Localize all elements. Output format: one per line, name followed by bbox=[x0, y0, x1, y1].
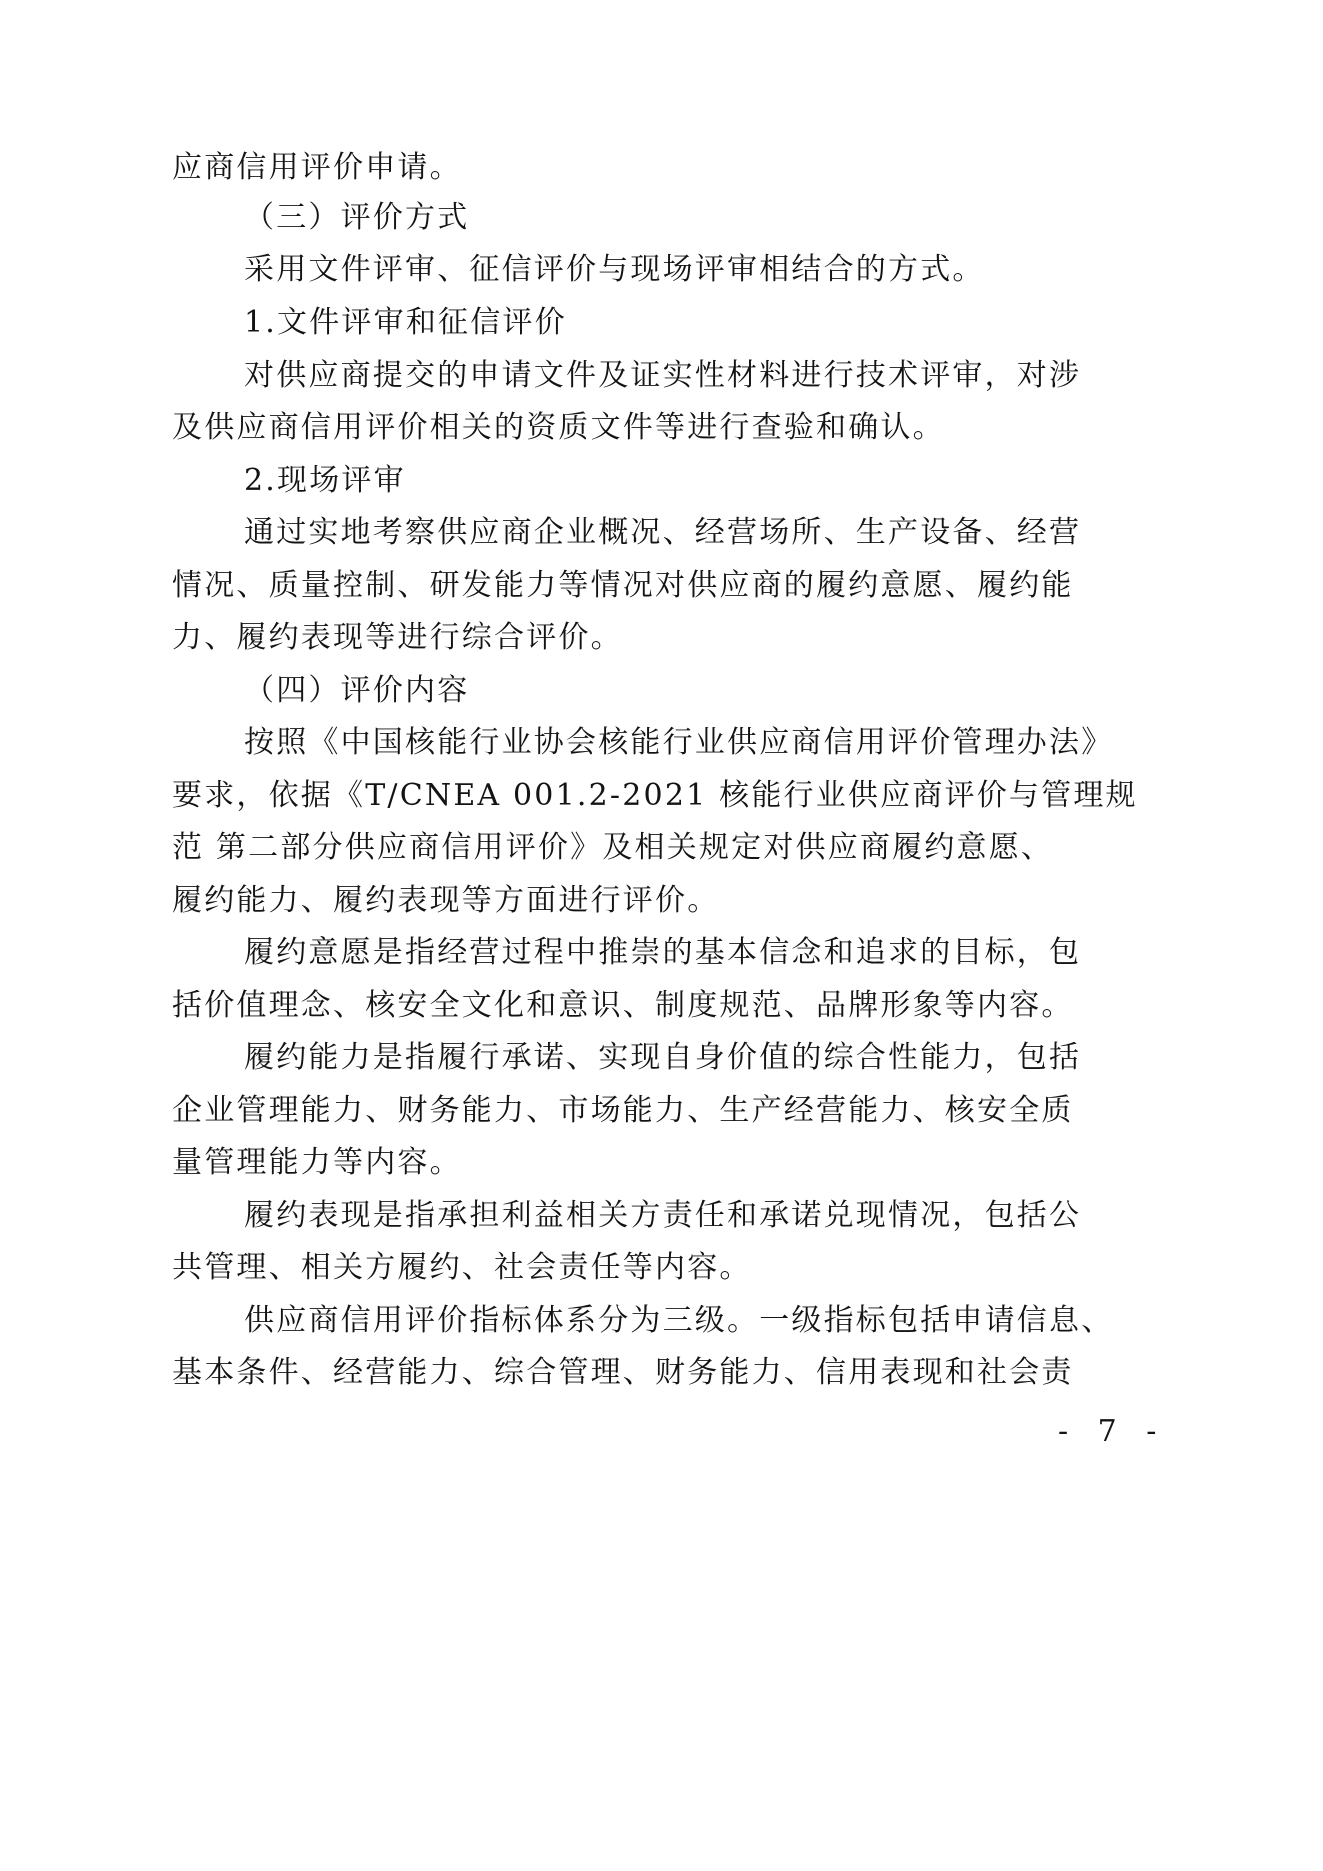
text-line: 通过实地考察供应商企业概况、经营场所、生产设备、经营 bbox=[244, 513, 1081, 553]
page-number: - 7 - bbox=[1058, 1412, 1166, 1452]
text-line: 括价值理念、核安全文化和意识、制度规范、品牌形象等内容。 bbox=[172, 986, 1074, 1026]
text-line: 供应商信用评价指标体系分为三级。一级指标包括申请信息、 bbox=[244, 1301, 1113, 1341]
text-line: 企业管理能力、财务能力、市场能力、生产经营能力、核安全质 bbox=[172, 1091, 1074, 1131]
text-line: 对供应商提交的申请文件及证实性材料进行技术评审，对涉 bbox=[244, 356, 1081, 396]
text-line: 履约能力、履约表现等方面进行评价。 bbox=[172, 881, 719, 921]
text-line: 及供应商信用评价相关的资质文件等进行查验和确认。 bbox=[172, 408, 945, 448]
text-line: 按照《中国核能行业协会核能行业供应商信用评价管理办法》 bbox=[244, 723, 1113, 763]
text-line: 应商信用评价申请。 bbox=[172, 148, 462, 188]
document-page: 应商信用评价申请。 （三）评价方式 采用文件评审、征信评价与现场评审相结合的方式… bbox=[0, 0, 1323, 1871]
section-heading: （四）评价内容 bbox=[244, 671, 469, 711]
subsection-heading: 2.现场评审 bbox=[244, 461, 406, 501]
text-line: 共管理、相关方履约、社会责任等内容。 bbox=[172, 1248, 752, 1288]
text-line: 采用文件评审、征信评价与现场评审相结合的方式。 bbox=[244, 250, 985, 290]
text-line: 履约表现是指承担利益相关方责任和承诺兑现情况，包括公 bbox=[244, 1196, 1081, 1236]
text-line: 履约能力是指履行承诺、实现自身价值的综合性能力，包括 bbox=[244, 1038, 1081, 1078]
text-line: 基本条件、经营能力、综合管理、财务能力、信用表现和社会责 bbox=[172, 1353, 1074, 1393]
text-line: 范 第二部分供应商信用评价》及相关规定对供应商履约意愿、 bbox=[172, 828, 1053, 868]
section-heading: （三）评价方式 bbox=[244, 198, 469, 238]
text-line: 量管理能力等内容。 bbox=[172, 1143, 462, 1183]
subsection-heading: 1.文件评审和征信评价 bbox=[244, 303, 567, 343]
text-line: 力、履约表现等进行综合评价。 bbox=[172, 618, 623, 658]
text-line: 履约意愿是指经营过程中推崇的基本信念和追求的目标，包 bbox=[244, 933, 1081, 973]
text-line: 要求，依据《T/CNEA 001.2-2021 核能行业供应商评价与管理规 bbox=[172, 776, 1138, 816]
text-line: 情况、质量控制、研发能力等情况对供应商的履约意愿、履约能 bbox=[172, 566, 1074, 606]
